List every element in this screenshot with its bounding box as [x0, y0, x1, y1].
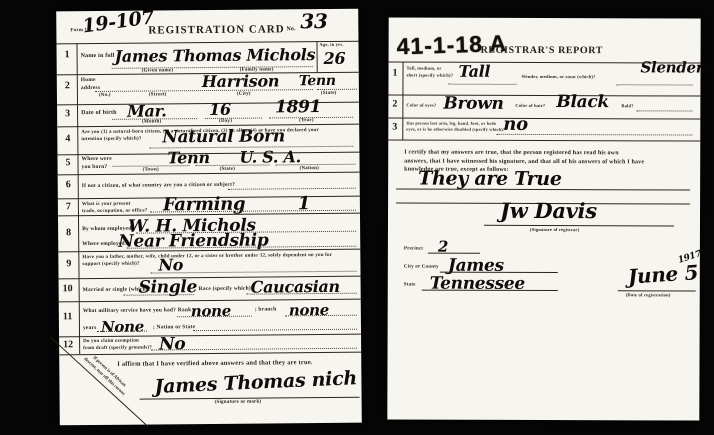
state-label: State	[404, 283, 416, 288]
bald-label: Bald?	[621, 103, 633, 108]
hair-color-label: Color of hair?	[515, 103, 545, 108]
row-number-1: 1	[65, 49, 70, 60]
registrars-report-card: 41-1-18 A REGISTRAR'S REPORT 1 2 3 Tall,…	[387, 17, 700, 420]
rule-line	[388, 139, 700, 141]
certification-answer-value: They are True	[418, 168, 562, 191]
town-sublabel: (Town)	[143, 167, 159, 172]
row-number-3: 3	[65, 108, 70, 119]
writing-line	[616, 84, 692, 85]
registration-date-sublabel: (Date of registration)	[626, 292, 671, 297]
rule-line	[396, 188, 690, 190]
registration-card: Form 1 19-107 REGISTRATION CARD No. 33 1…	[56, 9, 362, 426]
exemption-label: Do you claim exemption from draft (speci…	[83, 338, 152, 353]
address-state-value: Tenn	[299, 73, 336, 89]
day-sublabel: (Day)	[219, 119, 232, 124]
row-number-9: 9	[66, 258, 71, 269]
card-number-label: No.	[286, 26, 295, 32]
dependents-question-label: Have you a father, mother, wife, child u…	[82, 252, 356, 269]
signature-sublabel: (Signature or mark)	[215, 400, 262, 405]
number-column-divider	[402, 62, 403, 140]
military-nation-label: ; Nation or State	[153, 324, 195, 330]
scanned-draft-card-page: { "registration_card": { "form_label": "…	[0, 0, 714, 435]
writing-line	[205, 118, 262, 119]
address-city-sublabel: (City)	[237, 92, 251, 97]
writing-line	[496, 134, 692, 136]
birth-day-value: 16	[209, 100, 231, 119]
citizenship-value: Natural Born	[162, 126, 285, 147]
city-county-label: City or County	[404, 265, 439, 270]
writing-line	[448, 84, 516, 85]
rule-line	[58, 172, 360, 176]
birth-year-value: 1891	[275, 97, 321, 117]
card-title: REGISTRATION CARD	[148, 23, 284, 36]
writing-line	[228, 188, 356, 190]
year-sublabel: (Year)	[299, 118, 314, 123]
row-number-5: 5	[65, 157, 70, 168]
rule-line	[388, 94, 700, 96]
military-years-label: years	[83, 325, 97, 331]
writing-line	[636, 110, 692, 111]
age-value: 26	[324, 49, 346, 68]
row-number-2: 2	[65, 80, 70, 91]
state-sublabel: (State)	[220, 167, 236, 172]
given-name-sublabel: (Given name)	[142, 68, 173, 73]
military-years-value: None	[101, 318, 144, 336]
serial-number-handwritten: 19-107	[81, 6, 155, 37]
precinct-label: Precinct	[404, 247, 423, 252]
military-branch-value: none	[289, 301, 329, 319]
address-street-sublabel: (Street)	[149, 92, 167, 97]
rule-line	[388, 117, 700, 119]
eye-color-label: Color of eyes?	[406, 103, 436, 108]
writing-line	[95, 89, 313, 92]
age-box-divider	[316, 41, 317, 72]
registrar-signature: Jw Davis	[500, 198, 597, 223]
report-row-number-3: 3	[392, 121, 397, 132]
height-label: Tall, medium, or short (specify which)?	[406, 66, 453, 79]
exemption-value: No	[159, 334, 185, 354]
trade-label: What is your present trade, occupation, …	[82, 201, 148, 216]
disability-value: no	[503, 114, 528, 135]
writing-line	[428, 253, 480, 254]
military-service-label: What military service have you had? Rank	[83, 307, 192, 314]
nation-sublabel: (Nation)	[300, 166, 319, 171]
row-number-11: 11	[63, 311, 73, 322]
report-row-number-2: 2	[392, 98, 397, 109]
card-number-value: 33	[300, 9, 327, 33]
military-rank-value: none	[191, 302, 231, 320]
row-number-6: 6	[66, 179, 71, 190]
hair-color-value: Black	[556, 92, 609, 112]
row-number-10: 10	[63, 283, 73, 294]
address-city-value: Harrison	[202, 71, 280, 91]
writing-line	[193, 329, 357, 331]
name-label: Name in full	[81, 53, 115, 59]
name-value: James Thomas Michols	[115, 45, 316, 66]
report-title: REGISTRAR'S REPORT	[481, 45, 603, 56]
build-label: Slender, medium, or stout (which)?	[521, 74, 595, 79]
age-label: Age, in yrs.	[319, 42, 355, 49]
report-row-number-1: 1	[392, 67, 397, 78]
military-branch-label: ; branch	[255, 306, 277, 312]
address-state-sublabel: (State)	[321, 91, 337, 96]
registrant-signature: James Thomas nich	[154, 367, 357, 398]
registration-date-value: June 5	[627, 260, 699, 289]
build-value: Slender	[640, 58, 703, 76]
affirmation-text: I affirm that I have verified above answ…	[117, 359, 313, 368]
eye-color-value: Brown	[443, 94, 503, 114]
non-citizen-question-label: If not a citizen, of what country are yo…	[82, 182, 235, 189]
row-number-8: 8	[66, 227, 71, 238]
registrar-signature-sublabel: (Signature of registrar)	[530, 227, 579, 232]
row-number-4: 4	[65, 133, 70, 144]
address-no-sublabel: (No.)	[99, 93, 111, 98]
row-number-7: 7	[66, 201, 71, 212]
month-sublabel: (Month)	[142, 119, 161, 124]
birth-date-label: Date of birth	[81, 110, 117, 116]
height-value: Tall	[458, 62, 490, 81]
disability-label: Has person lost arm, leg, hand, foot, or…	[406, 121, 505, 134]
birthplace-label: Where were you born?	[81, 156, 111, 172]
race-label: Race (specify which)?	[199, 286, 254, 292]
rule-line	[56, 41, 358, 45]
writing-line	[317, 89, 357, 90]
